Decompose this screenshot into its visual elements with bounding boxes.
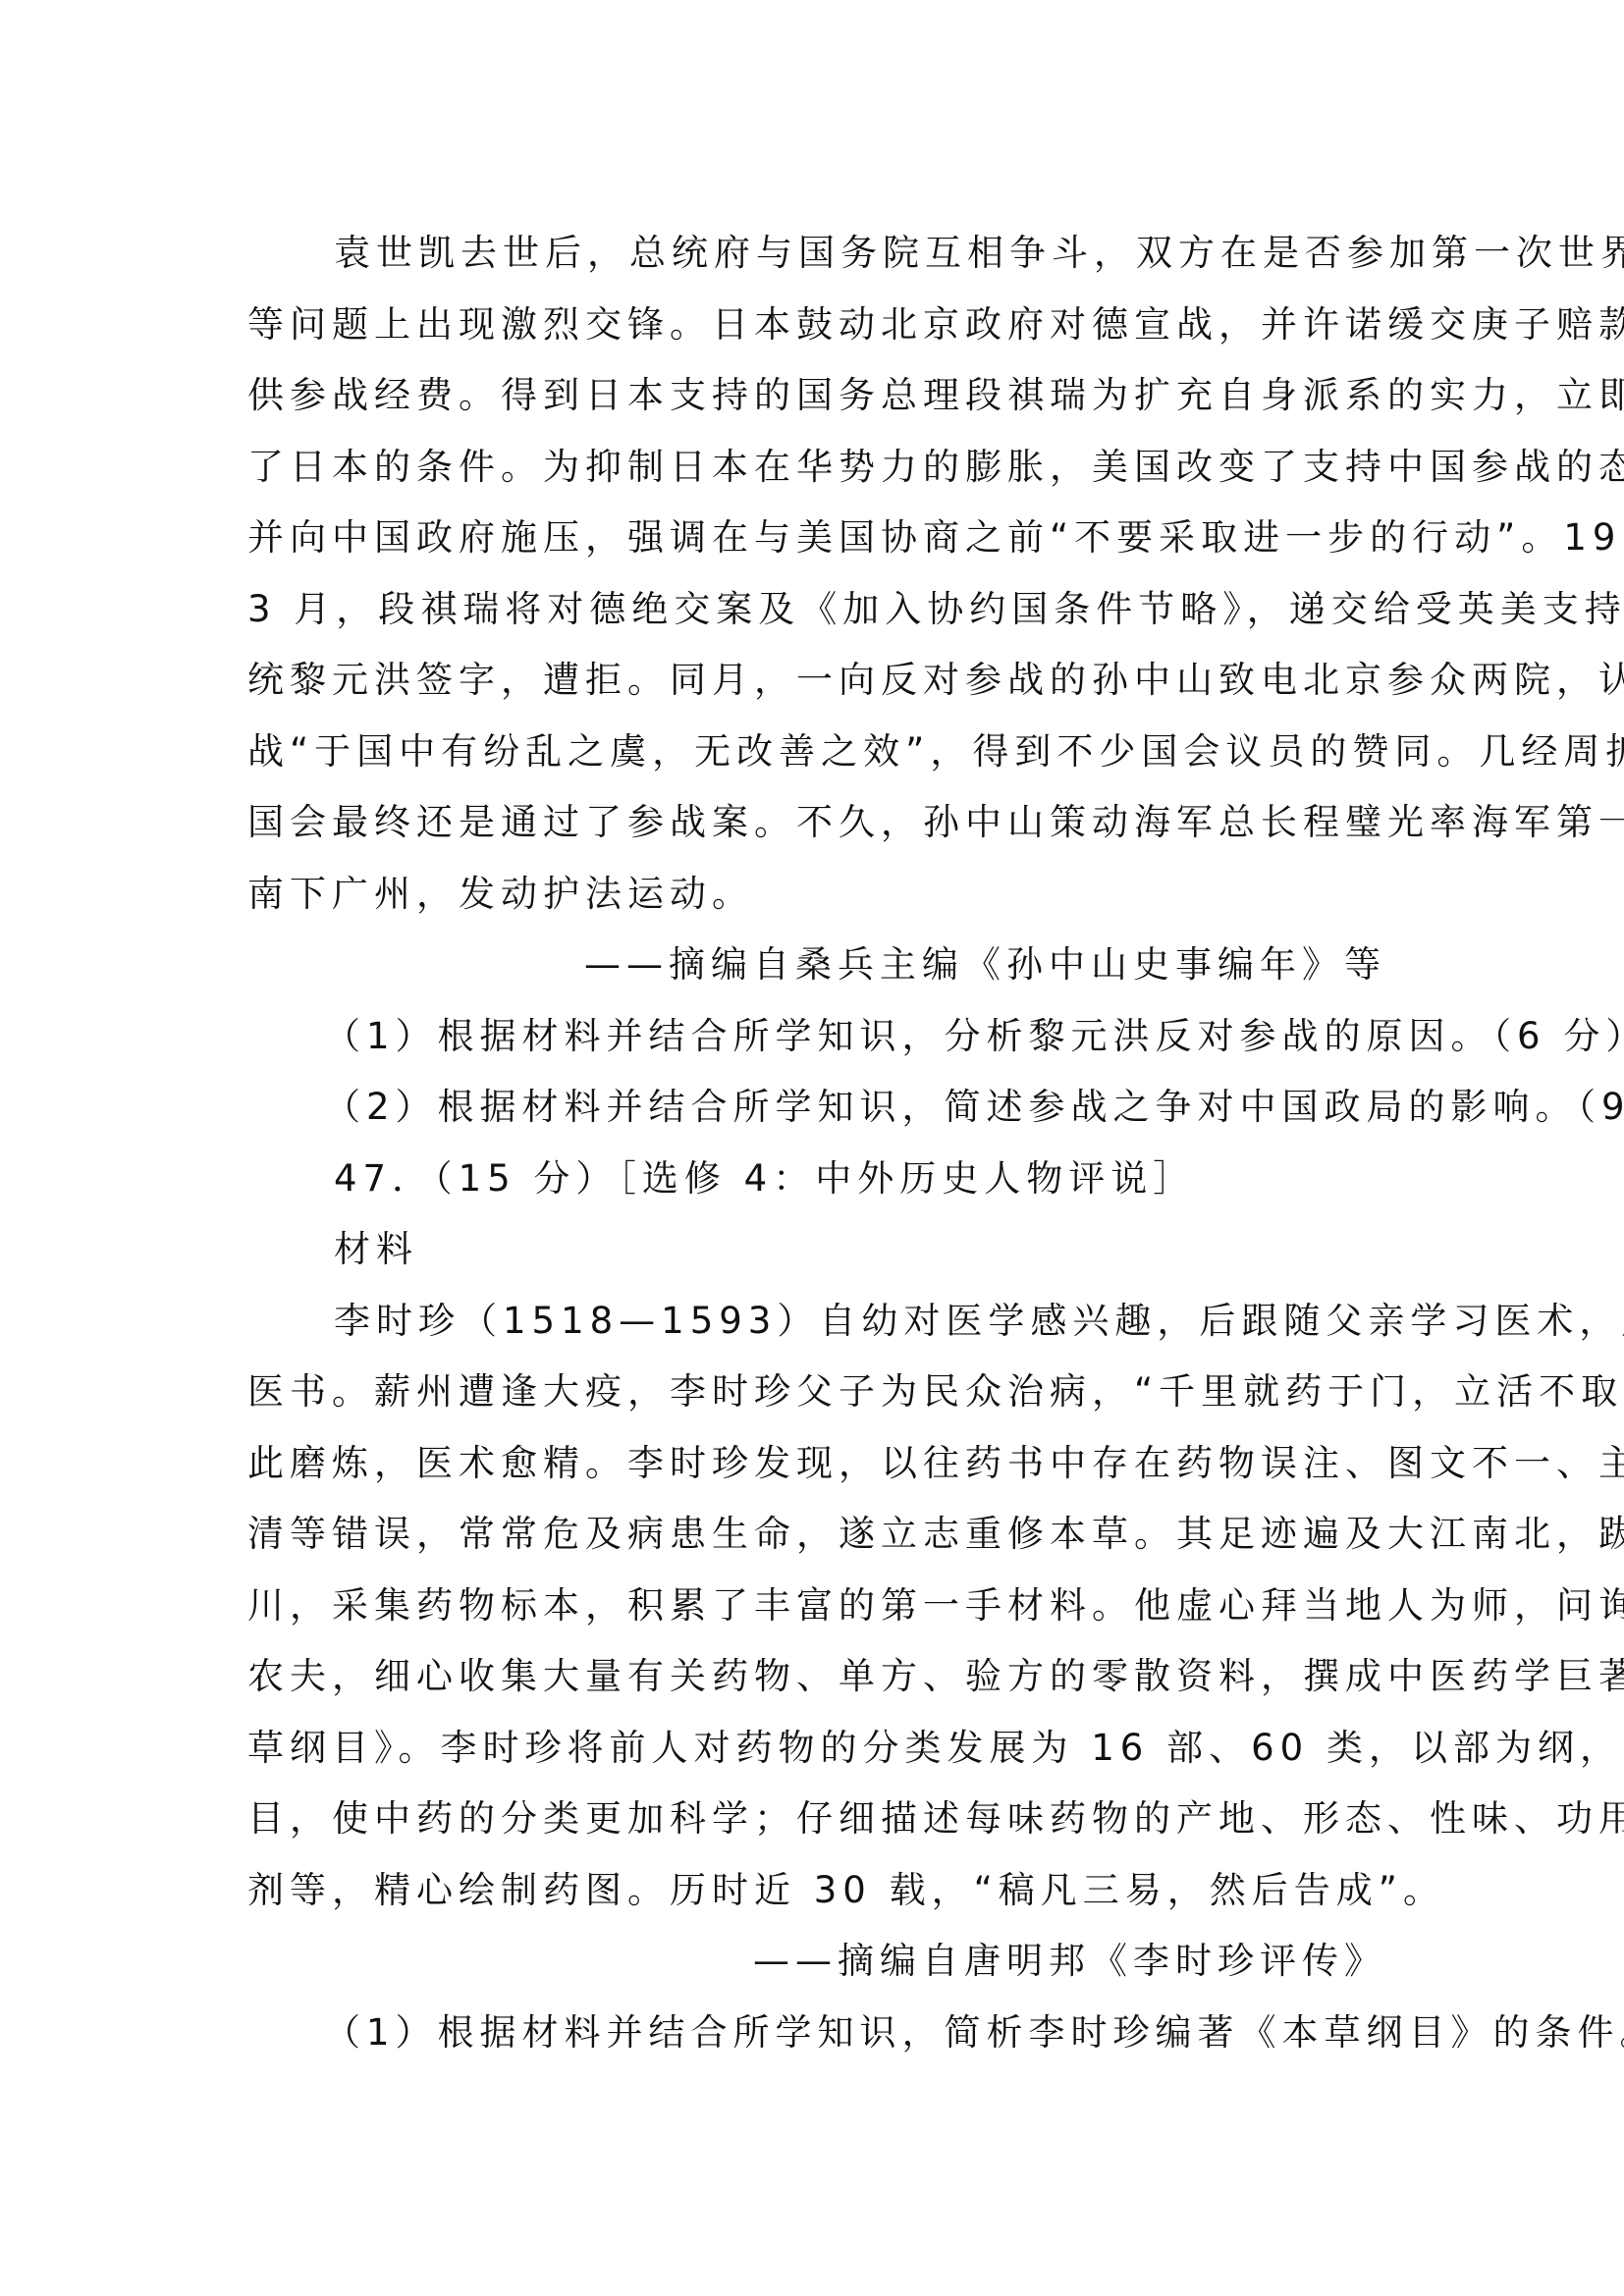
source-citation: ——摘编自桑兵主编《孙中山史事编年》等 bbox=[247, 930, 1386, 1001]
source-citation: ——摘编自唐明邦《李时珍评传》 bbox=[247, 1926, 1386, 1998]
material-46: 袁世凯去世后，总统府与国务院互相争斗，双方在是否参加第一次世界大战 等问题上出现… bbox=[247, 218, 1386, 1144]
paragraph-line: 草纲目》。李时珍将前人对药物的分类发展为 16 部、60 类，以部为纲，以类为 bbox=[247, 1713, 1386, 1785]
paragraph-line: 剂等，精心绘制药图。历时近 30 载，“稿凡三易，然后告成”。 bbox=[247, 1855, 1386, 1927]
question-item: （1）根据材料并结合所学知识，简析李时珍编著《本草纲目》的条件。（6 bbox=[247, 1998, 1386, 2069]
paragraph-line: 国会最终还是通过了参战案。不久，孙中山策动海军总长程璧光率海军第一舰队 bbox=[247, 787, 1386, 859]
question-47: 47．（15 分）［选修 4：中外历史人物评说］ 材料 李时珍（1518—159… bbox=[247, 1144, 1386, 2069]
document-page: 袁世凯去世后，总统府与国务院互相争斗，双方在是否参加第一次世界大战 等问题上出现… bbox=[247, 218, 1386, 2068]
paragraph-line: 农夫，细心收集大量有关药物、单方、验方的零散资料，撰成中医药学巨著《本 bbox=[247, 1641, 1386, 1713]
paragraph-line: 并向中国政府施压，强调在与美国协商之前“不要采取进一步的行动”。1917 年 bbox=[247, 503, 1386, 574]
question-item: （2）根据材料并结合所学知识，简述参战之争对中国政局的影响。（9 分） bbox=[247, 1072, 1386, 1144]
material-label: 材料 bbox=[247, 1214, 1386, 1286]
paragraph-line: 南下广州，发动护法运动。 bbox=[247, 859, 1386, 931]
paragraph-line: 3 月，段祺瑞将对德绝交案及《加入协约国条件节略》，递交给受英美支持的总 bbox=[247, 574, 1386, 646]
paragraph-line: 川，采集药物标本，积累了丰富的第一手材料。他虚心拜当地人为师，问询渔樵 bbox=[247, 1571, 1386, 1642]
paragraph-line: 战“于国中有纷乱之虞，无改善之效”，得到不少国会议员的赞同。几经周折， bbox=[247, 717, 1386, 788]
question-item: （1）根据材料并结合所学知识，分析黎元洪反对参战的原因。（6 分） bbox=[247, 1001, 1386, 1073]
paragraph-line: 供参战经费。得到日本支持的国务总理段祺瑞为扩充自身派系的实力，立即接受 bbox=[247, 360, 1386, 432]
paragraph-line: 此磨炼，医术愈精。李时珍发现，以往药书中存在药物误注、图文不一、主次不 bbox=[247, 1428, 1386, 1500]
question-heading: 47．（15 分）［选修 4：中外历史人物评说］ bbox=[247, 1144, 1386, 1215]
paragraph-line: 了日本的条件。为抑制日本在华势力的膨胀，美国改变了支持中国参战的态度， bbox=[247, 432, 1386, 504]
paragraph-line: 目，使中药的分类更加科学；仔细描述每味药物的产地、形态、性味、功用、方 bbox=[247, 1784, 1386, 1855]
paragraph-line: 等问题上出现激烈交锋。日本鼓动北京政府对德宣战，并许诺缓交庚子赔款、提 bbox=[247, 290, 1386, 361]
paragraph-line: 清等错误，常常危及病患生命，遂立志重修本草。其足迹遍及大江南北，跋涉山 bbox=[247, 1499, 1386, 1571]
paragraph-line: 袁世凯去世后，总统府与国务院互相争斗，双方在是否参加第一次世界大战 bbox=[247, 218, 1386, 290]
paragraph-line: 统黎元洪签字，遭拒。同月，一向反对参战的孙中山致电北京参众两院，认为参 bbox=[247, 645, 1386, 717]
paragraph-line: 医书。薪州遭逢大疫，李时珍父子为民众治病，“千里就药于门，立活不取值经 bbox=[247, 1357, 1386, 1428]
paragraph-line: 李时珍（1518—1593）自幼对医学感兴趣，后跟随父亲学习医术，广读天下 bbox=[247, 1286, 1386, 1358]
